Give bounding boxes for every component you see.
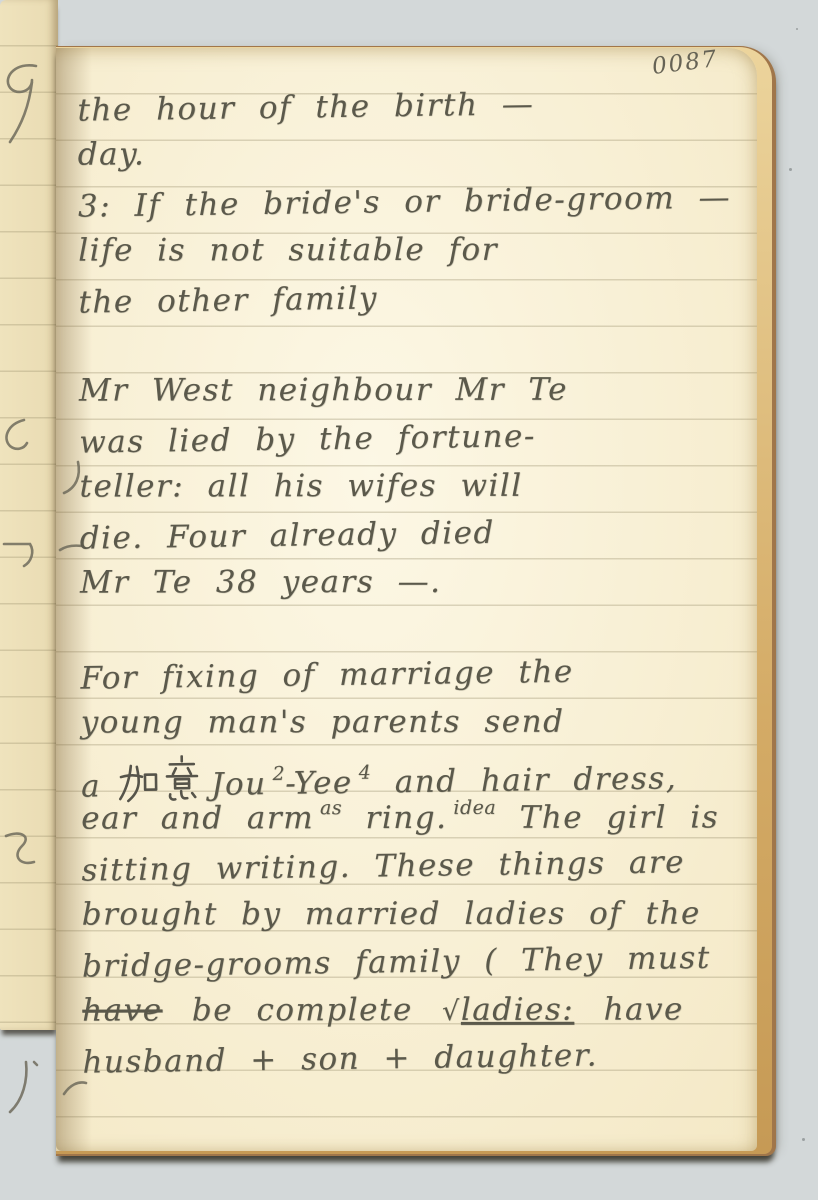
line-text: Jou bbox=[211, 766, 267, 803]
handwritten-line: day. bbox=[78, 135, 740, 184]
handwritten-line-ruyi: aJou2-Yee4 and hair dress, bbox=[81, 747, 744, 804]
previous-page-stroke-fragment bbox=[0, 828, 38, 872]
line-text: a bbox=[81, 768, 101, 804]
line-text: ring. bbox=[365, 800, 447, 836]
line-text: -Yee bbox=[285, 765, 353, 802]
line-text: husband + son + daughter. bbox=[82, 1037, 598, 1080]
line-text: brought by married ladies of the bbox=[82, 895, 701, 932]
previous-page-stroke-fragment bbox=[2, 534, 42, 572]
line-text: the hour of the birth — bbox=[77, 86, 534, 128]
handwritten-line-correction: have be complete √ladies: have bbox=[82, 991, 744, 1040]
line-text: 3: If the bride's or bride-groom — bbox=[78, 180, 732, 225]
line-text: Mr West neighbour Mr Te bbox=[79, 372, 568, 409]
handwritten-line: Mr Te 38 years —. bbox=[80, 563, 742, 612]
handwritten-line: the hour of the birth — bbox=[77, 83, 740, 140]
handwritten-line: sitting writing. These things are bbox=[81, 843, 744, 900]
handwritten-line: ear and armas ring.idea The girl is bbox=[81, 799, 743, 848]
handwritten-line: the other family bbox=[78, 275, 741, 332]
handwritten-line: teller: all his wifes will bbox=[79, 467, 741, 516]
superscript-annotation: as bbox=[320, 797, 342, 819]
previous-page-stroke-fragment bbox=[2, 1058, 40, 1118]
line-text: day. bbox=[78, 136, 146, 172]
handwritten-line: bridge-grooms family ( They must bbox=[82, 939, 745, 996]
line-text: have bbox=[604, 992, 684, 1028]
handwritten-line: 3: If the bride's or bride-groom — bbox=[78, 179, 741, 236]
line-text: be complete bbox=[192, 992, 413, 1028]
handwritten-line: life is not suitable for bbox=[78, 231, 740, 280]
line-text: was lied by the fortune- bbox=[79, 418, 536, 460]
line-text: sitting writing. These things are bbox=[81, 844, 685, 888]
dust-speck bbox=[789, 168, 792, 171]
line-text: young man's parents send bbox=[81, 704, 565, 741]
line-text: Mr Te 38 years —. bbox=[80, 564, 442, 601]
line-text: bridge-grooms family ( They must bbox=[82, 940, 711, 985]
dust-speck bbox=[802, 1138, 805, 1141]
line-text: The girl is bbox=[520, 799, 720, 835]
line-text: ear and arm bbox=[81, 800, 314, 836]
handwritten-line: brought by married ladies of the bbox=[82, 895, 744, 944]
superscript-annotation: 2 bbox=[272, 763, 285, 785]
dust-speck bbox=[796, 28, 798, 30]
line-text: and hair dress, bbox=[394, 760, 677, 800]
superscript-annotation: idea bbox=[453, 797, 496, 819]
handwritten-line: husband + son + daughter. bbox=[82, 1035, 745, 1092]
struck-word: have bbox=[82, 992, 162, 1028]
handwritten-line: Mr West neighbour Mr Te bbox=[79, 371, 741, 420]
previous-page-stroke-fragment bbox=[0, 416, 34, 456]
handwritten-line: young man's parents send bbox=[81, 703, 743, 752]
line-text: life is not suitable for bbox=[78, 232, 498, 269]
inserted-word: ladies: bbox=[461, 992, 574, 1028]
line-text: For fixing of marriage the bbox=[80, 654, 574, 697]
insertion-caret: √ bbox=[442, 996, 461, 1027]
handwritten-line: die. Four already died bbox=[79, 511, 742, 568]
previous-page-stroke-fragment bbox=[2, 60, 44, 150]
line-text: teller: all his wifes will bbox=[79, 468, 522, 505]
handwritten-text: the hour of the birth — day. 3: If the b… bbox=[77, 86, 744, 1089]
handwritten-line: was lied by the fortune- bbox=[79, 415, 742, 472]
superscript-annotation: 4 bbox=[358, 762, 371, 784]
notebook-scan: 0087 the hour of the birth — day. 3: If … bbox=[0, 0, 818, 1200]
previous-page-sliver bbox=[0, 0, 58, 1030]
handwritten-line: For fixing of marriage the bbox=[80, 651, 743, 708]
hanzi-ruyi bbox=[115, 755, 204, 804]
line-text: die. Four already died bbox=[79, 515, 495, 557]
line-text: the other family bbox=[78, 280, 378, 320]
